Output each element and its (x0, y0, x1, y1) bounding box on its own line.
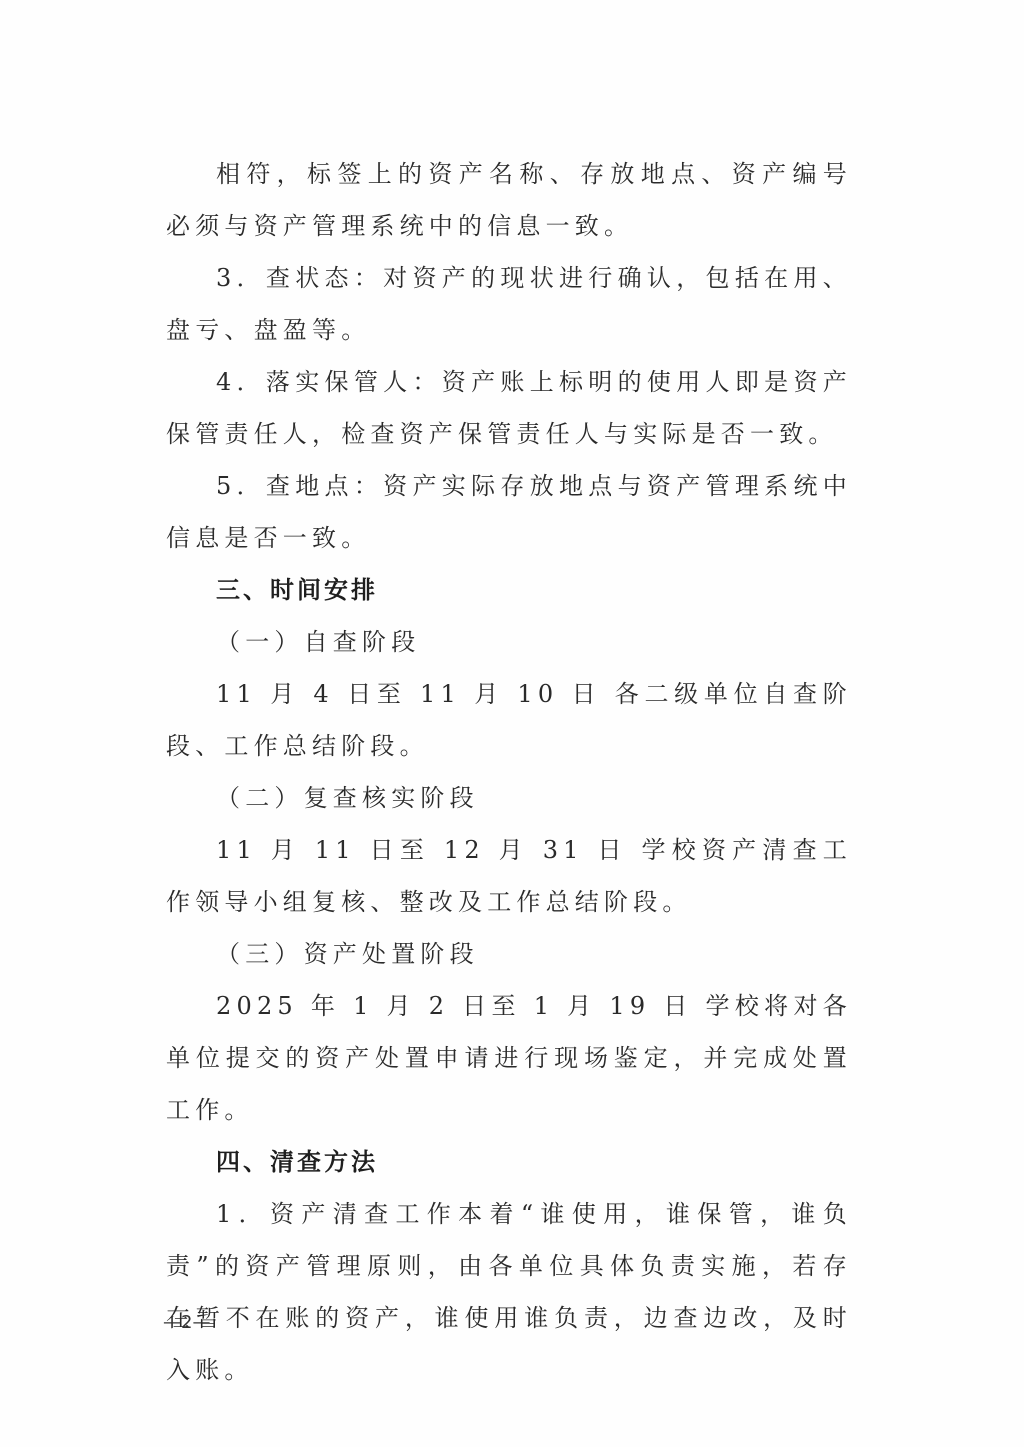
paragraph-custodian: 4．落实保管人：资产账上标明的使用人即是资产保管责任人，检查资产保管责任人与实际… (166, 356, 852, 460)
page-number: —2— (163, 1312, 210, 1333)
paragraph-asset-label-consistency: 相符，标签上的资产名称、存放地点、资产编号必须与资产管理系统中的信息一致。 (166, 148, 852, 252)
paragraph-self-check-dates: 11 月 4 日至 11 月 10 日 各二级单位自查阶段、工作总结阶段。 (166, 668, 852, 772)
subheading-disposal-stage: （三）资产处置阶段 (166, 928, 852, 980)
section-heading-methods: 四、清查方法 (166, 1136, 852, 1188)
paragraph-method-principle: 1．资产清查工作本着“谁使用，谁保管，谁负责”的资产管理原则，由各单位具体负责实… (166, 1188, 852, 1396)
paragraph-review-dates: 11 月 11 日至 12 月 31 日 学校资产清查工作领导小组复核、整改及工… (166, 824, 852, 928)
document-body: 相符，标签上的资产名称、存放地点、资产编号必须与资产管理系统中的信息一致。 3．… (166, 148, 852, 1396)
section-heading-schedule: 三、时间安排 (166, 564, 852, 616)
paragraph-disposal-dates: 2025 年 1 月 2 日至 1 月 19 日 学校将对各单位提交的资产处置申… (166, 980, 852, 1136)
paragraph-check-status: 3．查状态：对资产的现状进行确认，包括在用、盘亏、盘盈等。 (166, 252, 852, 356)
subheading-self-check-stage: （一）自查阶段 (166, 616, 852, 668)
subheading-review-stage: （二）复查核实阶段 (166, 772, 852, 824)
document-page: 相符，标签上的资产名称、存放地点、资产编号必须与资产管理系统中的信息一致。 3．… (0, 0, 1024, 1447)
paragraph-check-location: 5．查地点：资产实际存放地点与资产管理系统中信息是否一致。 (166, 460, 852, 564)
